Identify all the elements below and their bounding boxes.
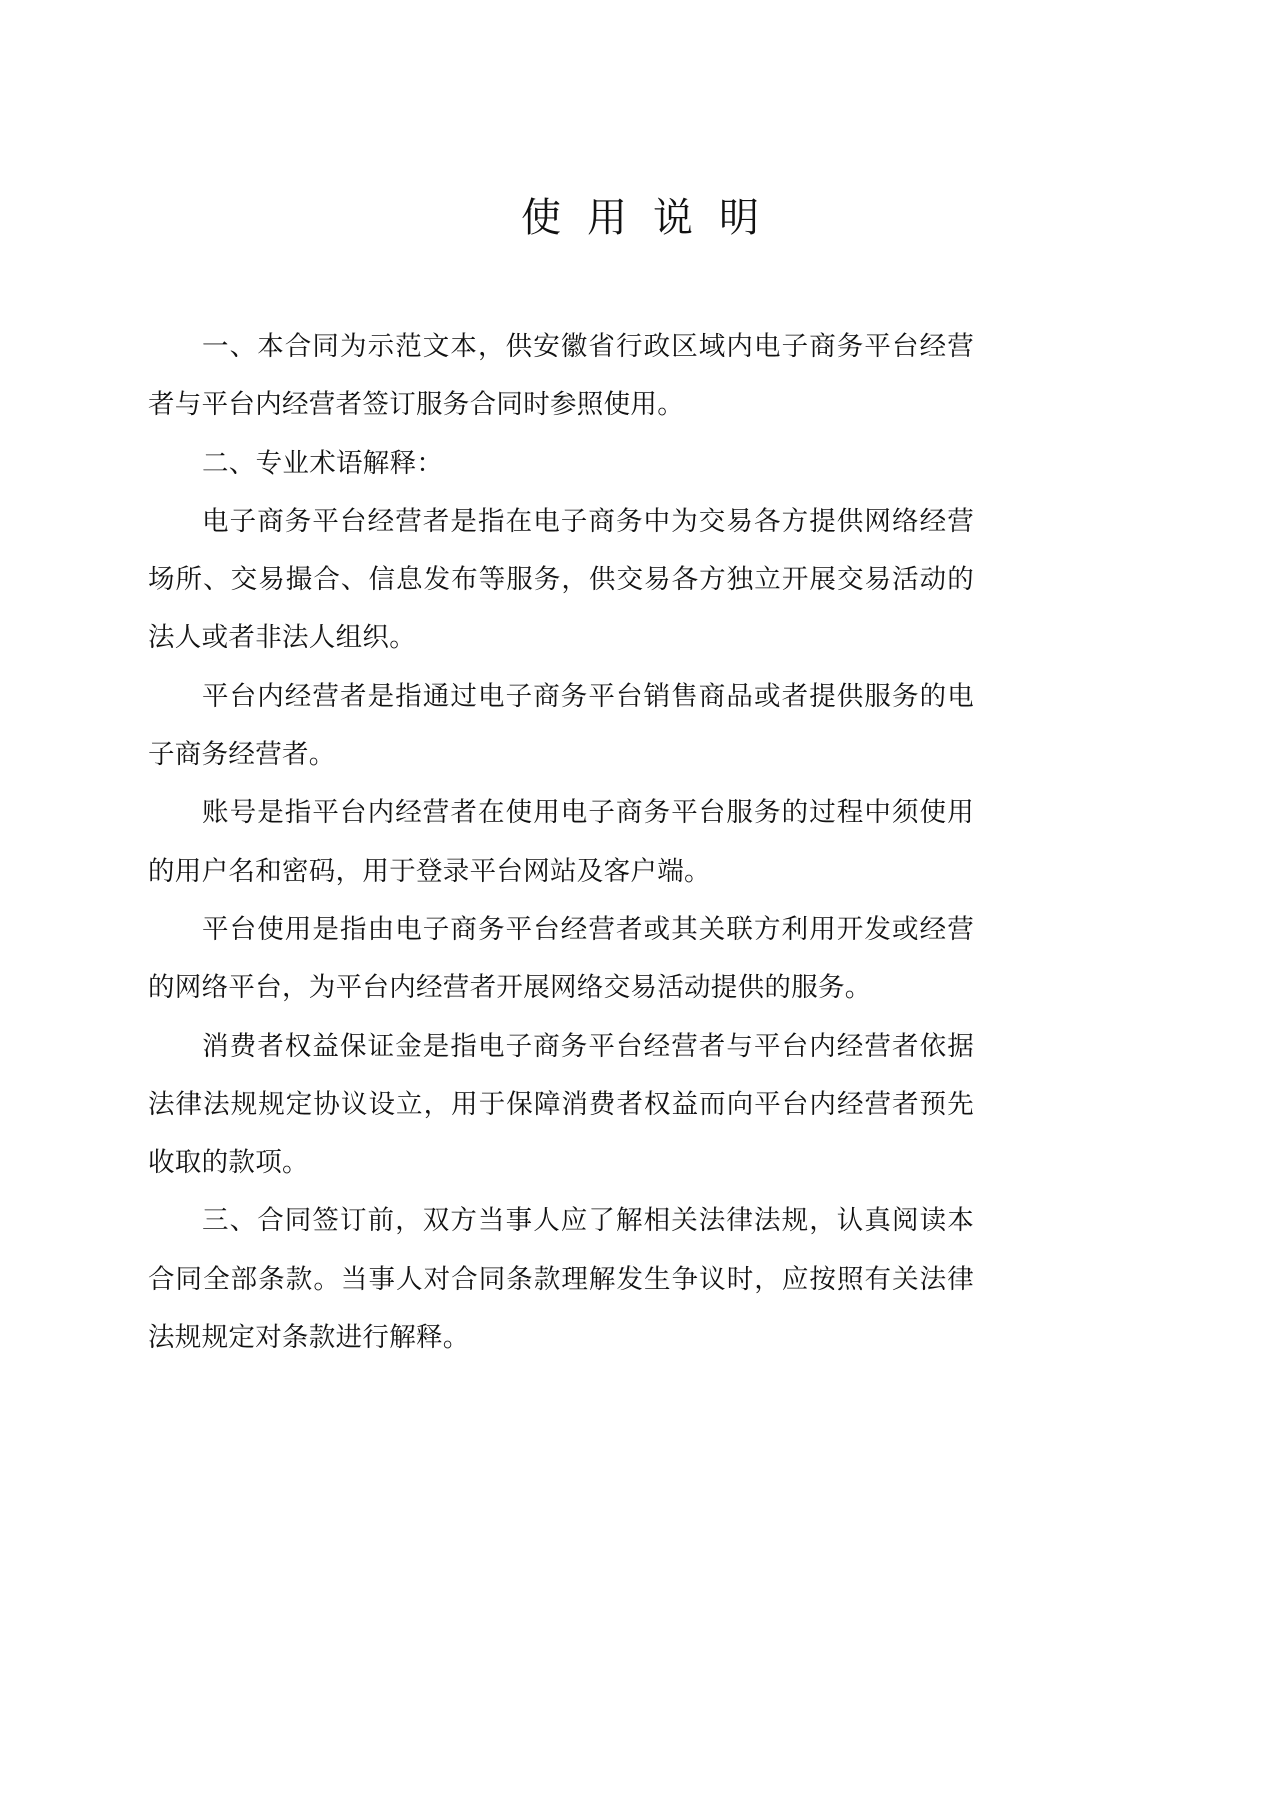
paragraph-3-platform-operator-definition: 电子商务平台经营者是指在电子商务中为交易各方提供网络经营场所、交易撮合、信息发布…	[148, 493, 974, 668]
document-body: 一、本合同为示范文本，供安徽省行政区域内电子商务平台经营者与平台内经营者签订服务…	[148, 318, 974, 1367]
paragraph-2-terms-heading: 二、专业术语解释：	[148, 435, 974, 493]
page-title: 使用说明	[0, 190, 1280, 246]
paragraph-8-pre-signing-notice: 三、合同签订前，双方当事人应了解相关法律法规，认真阅读本合同全部条款。当事人对合…	[148, 1192, 974, 1367]
paragraph-6-platform-use-definition: 平台使用是指由电子商务平台经营者或其关联方利用开发或经营的网络平台，为平台内经营…	[148, 901, 974, 1018]
paragraph-5-account-definition: 账号是指平台内经营者在使用电子商务平台服务的过程中须使用的用户名和密码，用于登录…	[148, 784, 974, 901]
paragraph-1-sample-text-notice: 一、本合同为示范文本，供安徽省行政区域内电子商务平台经营者与平台内经营者签订服务…	[148, 318, 974, 435]
paragraph-7-consumer-deposit-definition: 消费者权益保证金是指电子商务平台经营者与平台内经营者依据法律法规规定协议设立，用…	[148, 1018, 974, 1193]
paragraph-4-in-platform-operator-definition: 平台内经营者是指通过电子商务平台销售商品或者提供服务的电子商务经营者。	[148, 668, 974, 785]
document-page: 使用说明 一、本合同为示范文本，供安徽省行政区域内电子商务平台经营者与平台内经营…	[0, 0, 1280, 1810]
